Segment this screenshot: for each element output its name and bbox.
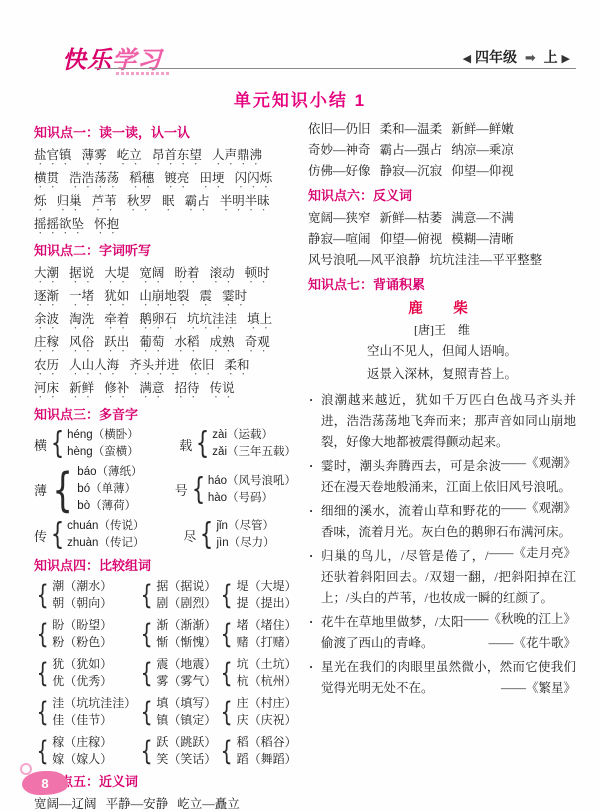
polyphone-row: 薄 báo（薄纸） bó（单薄） bò（薄荷） 号 háo（风号浪吼） hào（… [34, 464, 296, 515]
brace-icon [37, 660, 49, 687]
polyphone-group: 号 háo（风号浪吼） hào（号码） [175, 473, 296, 507]
compare-word: 优（优秀） [52, 673, 112, 690]
poem-line: 空山不见人，但闻人语响。 [308, 340, 576, 363]
polyphone-readings: héng（横卧） hèng（蛮横） [67, 427, 139, 461]
compare-word: 潮（潮水） [52, 578, 112, 595]
antonym-line: 静寂—喧闹 仰望—俯视 模糊—清晰 [308, 229, 576, 250]
page-number-badge: 8 [22, 771, 68, 795]
brace-icon [196, 429, 209, 459]
compare-cell: 坑（土坑）杭（杭州） [218, 656, 296, 690]
excerpt-text: 归巢的鸟儿，/尽管是倦了，/还驮着斜阳回去。/双翅一翻，/把斜阳掉在江上；/头白… [321, 549, 576, 605]
brace-icon [221, 621, 233, 648]
brace-icon [37, 699, 49, 726]
synonym-line: 仿佛—好像 静寂—沉寂 仰望—仰视 [308, 161, 576, 182]
brand-logo-part2: 学习 [112, 47, 162, 74]
left-column: 知识点一：读一读，认一认 盐官镇 薄雾 屹立 昂首东望 人声鼎沸 横贯 浩浩荡荡… [34, 119, 296, 811]
brand-logo: 快乐学习 [62, 40, 162, 75]
right-column: 依旧—仍旧 柔和—温柔 新鲜—鲜嫩 奇妙—神奇 霸占—强占 纳凉—乘凉 仿佛—好… [308, 119, 576, 702]
compare-word: 犹（犹如） [52, 656, 112, 673]
compare-words-grid: 潮（潮水）朝（朝向） 据（据说）剧（剧烈） 堤（大堤）提（提出） 盼（盼望）粉（… [34, 578, 296, 768]
polyphone-readings: háo（风号浪吼） hào（号码） [208, 473, 296, 507]
poem-line: 返景入深林，复照青苔上。 [308, 363, 576, 386]
polyphone-readings: chuán（传说） zhuàn（传记） [67, 518, 144, 552]
polyphone-reading: zài（运载） [212, 427, 296, 444]
compare-word: 惭（惭愧） [156, 634, 216, 651]
knowledge1-heading: 知识点一：读一读，认一认 [34, 124, 296, 142]
compare-cell: 填（填写）镇（镇定） [138, 695, 216, 729]
polyphone-group: 横 héng（横卧） hèng（蛮横） [34, 427, 179, 461]
compare-cell: 渐（渐渐）惭（惭愧） [138, 617, 216, 651]
word-list-line: 盐官镇 薄雾 屹立 昂首东望 人声鼎沸 [34, 145, 296, 168]
synonym-line: 依旧—仍旧 柔和—温柔 新鲜—鲜嫩 [308, 119, 576, 140]
poem-author: [唐]王 维 [308, 321, 576, 338]
polyphone-group: 薄 báo（薄纸） bó（单薄） bò（薄荷） [34, 464, 175, 515]
compare-word: 提（提出） [237, 595, 297, 612]
page-header: 快乐学习 ◀ 四年级 ➡ 上 ▶ [0, 0, 600, 74]
brace-icon [221, 660, 233, 687]
compare-cell: 堵（堵住）赌（打赌） [218, 617, 296, 651]
excerpt-source: ——《花牛歌》 [488, 633, 576, 654]
excerpt-source: ——《繁星》 [501, 678, 576, 699]
synonym-line: 宽阔—辽阔 平静—安静 屹立—矗立 [34, 794, 296, 811]
word-list-line: 大潮 据说 大堤 宽阔 盼着 滚动 顿时 [34, 263, 296, 286]
compare-cell: 堤（大堤）提（提出） [218, 578, 296, 612]
excerpt-text: 花牛在草地里做梦，/太阳偷渡了西山的青峰。 [321, 615, 463, 650]
compare-cell: 盼（盼望）粉（粉色） [34, 617, 136, 651]
compare-word: 堤（大堤） [237, 578, 297, 595]
compare-word: 盼（盼望） [52, 617, 112, 634]
brace-icon [221, 582, 233, 609]
polyphone-reading: háo（风号浪吼） [208, 473, 296, 490]
compare-word: 庆（庆祝） [237, 712, 297, 729]
compare-cell: 稻（稻谷）蹈（舞蹈） [218, 734, 296, 768]
compare-word: 跃（跳跃） [156, 734, 216, 751]
brace-icon [141, 738, 153, 765]
grade-label: 四年级 [475, 49, 517, 65]
knowledge6-heading: 知识点六：反义词 [308, 187, 576, 205]
polyphone-reading: jǐn（尽管） [216, 518, 274, 535]
right-triangle-icon: ▶ [562, 53, 570, 65]
compare-word: 朝（朝向） [52, 595, 112, 612]
compare-word: 粉（粉色） [52, 634, 112, 651]
excerpt-text: 细细的溪水，流着山草和野花的香味，流着月光。灰白色的鹅卵石布满河床。 [321, 504, 571, 539]
right-arrow-icon: ➡ [525, 50, 536, 65]
brace-icon [141, 621, 153, 648]
polyphone-readings: jǐn（尽管） jìn（尽力） [216, 518, 274, 552]
antonym-line: 宽阔—狭窄 新鲜—枯萎 满意—不满 [308, 208, 576, 229]
excerpt-text: 浪潮越来越近，犹如千万匹白色战马齐头并进，浩浩荡荡地飞奔而来；那声音如同山崩地裂… [321, 393, 576, 449]
brace-icon [51, 520, 64, 550]
knowledge2-heading: 知识点二：字词听写 [34, 242, 296, 260]
brace-icon [192, 475, 205, 505]
poem-title: 鹿 柴 [308, 297, 576, 318]
compare-word: 镇（镇定） [156, 712, 216, 729]
brace-icon [37, 738, 49, 765]
brand-logo-part1: 快乐 [62, 47, 112, 74]
compare-word: 庄（村庄） [237, 695, 297, 712]
compare-word: 洼（坑坑洼洼） [52, 695, 136, 712]
compare-word: 嫁（嫁人） [52, 751, 112, 768]
polyphone-reading: bò（薄荷） [77, 498, 142, 515]
brace-icon [141, 699, 153, 726]
brace-icon [221, 738, 233, 765]
polyphone-char: 号 [175, 480, 188, 499]
compare-word: 震（地震） [156, 656, 216, 673]
polyphone-row: 传 chuán（传说） zhuàn（传记） 尽 jǐn（尽管） jìn（尽力） [34, 518, 296, 552]
page-title: 单元知识小结 1 [0, 86, 600, 111]
brace-icon [141, 582, 153, 609]
word-list-line: 烁 归巢 芦苇 秋罗 眠 霸占 半明半昧 [34, 191, 296, 214]
word-list-line: 横贯 浩浩荡荡 稻穗 镀亮 田埂 闪闪烁 [34, 168, 296, 191]
compare-word: 坑（土坑） [237, 656, 297, 673]
compare-cell: 犹（犹如）优（优秀） [34, 656, 136, 690]
workbook-page: 快乐学习 ◀ 四年级 ➡ 上 ▶ 单元知识小结 1 知识点一：读一读，认一认 盐… [0, 0, 600, 811]
compare-word: 雾（雾气） [156, 673, 216, 690]
compare-word: 剧（剧烈） [156, 595, 216, 612]
compare-word: 杭（杭州） [237, 673, 297, 690]
knowledge7-heading: 知识点七：背诵积累 [308, 276, 576, 294]
header-divider [96, 68, 576, 69]
polyphone-reading: bó（单薄） [77, 481, 142, 498]
compare-cell: 震（地震）雾（雾气） [138, 656, 216, 690]
polyphone-group: 传 chuán（传说） zhuàn（传记） [34, 518, 183, 552]
grade-volume-nav: ◀ 四年级 ➡ 上 ▶ [463, 47, 570, 67]
word-list-line: 农历 人山人海 齐头并进 依旧 柔和 [34, 355, 296, 378]
compare-cell: 洼（坑坑洼洼）佳（佳节） [34, 695, 136, 729]
compare-word: 堵（堵住） [237, 617, 297, 634]
polyphone-reading: chuán（传说） [67, 518, 144, 535]
brace-icon [221, 699, 233, 726]
compare-word: 蹈（舞蹈） [237, 751, 297, 768]
brace-icon [37, 621, 49, 648]
left-triangle-icon: ◀ [463, 53, 471, 65]
compare-word: 据（据说） [156, 578, 216, 595]
compare-cell: 庄（村庄）庆（庆祝） [218, 695, 296, 729]
poem-block: 鹿 柴 [唐]王 维 空山不见人，但闻人语响。 返景入深林，复照青苔上。 [308, 297, 576, 386]
recitation-excerpt: 细细的溪水，流着山草和野花的香味，流着月光。灰白色的鹅卵石布满河床。 ——《走月… [308, 501, 576, 543]
excerpt-text: 霎时，潮头奔腾西去，可是余波还在漫天卷地般涌来，江面上依旧风号浪吼。 [321, 459, 571, 494]
knowledge3-heading: 知识点三：多音字 [34, 406, 296, 424]
word-list-line: 河床 新鲜 修补 满意 招待 传说 [34, 378, 296, 401]
word-list-line: 余波 淘洗 牵着 鹅卵石 坑坑洼洼 填上 [34, 309, 296, 332]
brace-icon [200, 520, 213, 550]
polyphone-readings: zài（运载） zǎi（三年五载） [212, 427, 296, 461]
recitation-excerpt: 归巢的鸟儿，/尽管是倦了，/还驮着斜阳回去。/双翅一翻，/把斜阳掉在江上；/头白… [308, 546, 576, 609]
recitation-excerpt: 花牛在草地里做梦，/太阳偷渡了西山的青峰。 ——《花牛歌》 [308, 612, 576, 654]
polyphone-char: 尽 [183, 526, 196, 545]
polyphone-group: 尽 jǐn（尽管） jìn（尽力） [183, 518, 274, 552]
polyphone-reading: báo（薄纸） [77, 464, 142, 481]
brand-tagline-decoration [116, 72, 170, 75]
compare-cell: 跃（跳跃）笑（笑话） [138, 734, 216, 768]
word-list-line: 庄稼 风俗 跃出 葡萄 水稻 成熟 奇观 [34, 332, 296, 355]
polyphone-reading: héng（横卧） [67, 427, 139, 444]
polyphone-char: 传 [34, 526, 47, 545]
brace-icon [37, 582, 49, 609]
compare-word: 渐（渐渐） [156, 617, 216, 634]
brace-icon [52, 467, 72, 513]
word-list-line: 逐渐 一堵 犹如 山崩地裂 震 霎时 [34, 286, 296, 309]
knowledge4-heading: 知识点四：比较组词 [34, 557, 296, 575]
polyphone-reading: hèng（蛮横） [67, 444, 139, 461]
compare-cell: 稼（庄稼）嫁（嫁人） [34, 734, 136, 768]
polyphone-group: 载 zài（运载） zǎi（三年五载） [179, 427, 296, 461]
recitation-excerpt: 浪潮越来越近，犹如千万匹白色战马齐头并进，浩浩荡荡地飞奔而来；那声音如同山崩地裂… [308, 390, 576, 453]
polyphone-reading: hào（号码） [208, 490, 296, 507]
antonym-line: 风号浪吼—风平浪静 坑坑洼洼—平平整整 [308, 250, 576, 271]
recitation-excerpt: 星光在我们的肉眼里虽然微小，然而它使我们觉得光明无处不在。 ——《繁星》 [308, 657, 576, 699]
knowledge5-heading: 知识点五：近义词 [34, 773, 296, 791]
polyphone-reading: jìn（尽力） [216, 535, 274, 552]
recitation-excerpt: 霎时，潮头奔腾西去，可是余波还在漫天卷地般涌来，江面上依旧风号浪吼。 ——《观潮… [308, 456, 576, 498]
polyphone-char: 薄 [34, 480, 47, 499]
polyphone-char: 载 [179, 435, 192, 454]
compare-word: 赌（打赌） [237, 634, 297, 651]
content-columns: 知识点一：读一读，认一认 盐官镇 薄雾 屹立 昂首东望 人声鼎沸 横贯 浩浩荡荡… [0, 119, 600, 811]
compare-cell: 潮（潮水）朝（朝向） [34, 578, 136, 612]
brace-icon [51, 429, 64, 459]
word-list-line: 摇摇欲坠 怀抱 [34, 214, 296, 237]
compare-word: 佳（佳节） [52, 712, 136, 729]
compare-word: 笑（笑话） [156, 751, 216, 768]
brace-icon [141, 660, 153, 687]
polyphone-row: 横 héng（横卧） hèng（蛮横） 载 zài（运载） zǎi（三年五载） [34, 427, 296, 461]
synonym-line: 奇妙—神奇 霸占—强占 纳凉—乘凉 [308, 140, 576, 161]
polyphone-char: 横 [34, 435, 47, 454]
compare-word: 稼（庄稼） [52, 734, 112, 751]
polyphone-reading: zǎi（三年五载） [212, 444, 296, 461]
compare-cell: 据（据说）剧（剧烈） [138, 578, 216, 612]
volume-label: 上 [544, 49, 558, 65]
compare-word: 稻（稻谷） [237, 734, 297, 751]
compare-word: 填（填写） [156, 695, 216, 712]
polyphone-reading: zhuàn（传记） [67, 535, 144, 552]
polyphone-readings: báo（薄纸） bó（单薄） bò（薄荷） [77, 464, 142, 515]
